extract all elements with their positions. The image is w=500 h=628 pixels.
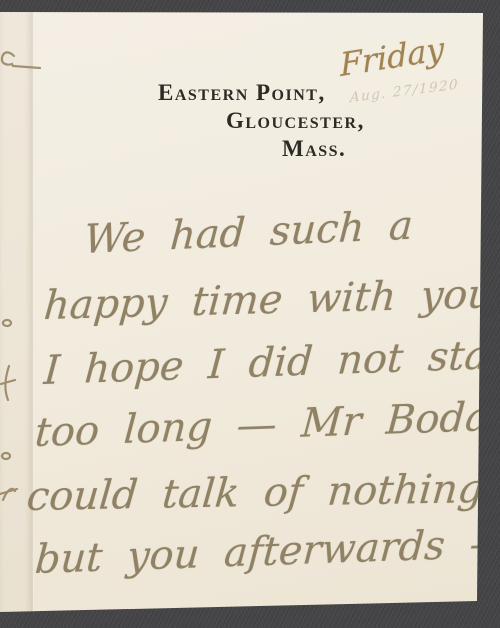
handwriting-line: I hope I did not stay — [43, 335, 500, 391]
photographed-letter: Eastern Point, Gloucester, Mass. Friday … — [0, 0, 500, 628]
handwriting-line: We had such a — [83, 206, 414, 261]
handwriting-line: too long — Mr Bodansky — [34, 394, 500, 453]
handwriting-line: could talk of nothing — [25, 469, 485, 517]
letter-page: Eastern Point, Gloucester, Mass. Friday … — [0, 0, 500, 628]
letterhead-line-2: Gloucester, — [226, 108, 365, 133]
letterhead-line-3: Mass. — [282, 136, 346, 161]
handwriting-line: happy time with you — [42, 274, 494, 326]
handwriting-line: but you afterwards — — [34, 523, 500, 580]
adjacent-page-writing-fragments — [0, 0, 44, 628]
handwritten-day: Friday — [339, 29, 445, 84]
letterhead-line-1: Eastern Point, — [158, 80, 326, 105]
pencil-date-annotation: Aug. 27/1920 — [350, 77, 459, 107]
